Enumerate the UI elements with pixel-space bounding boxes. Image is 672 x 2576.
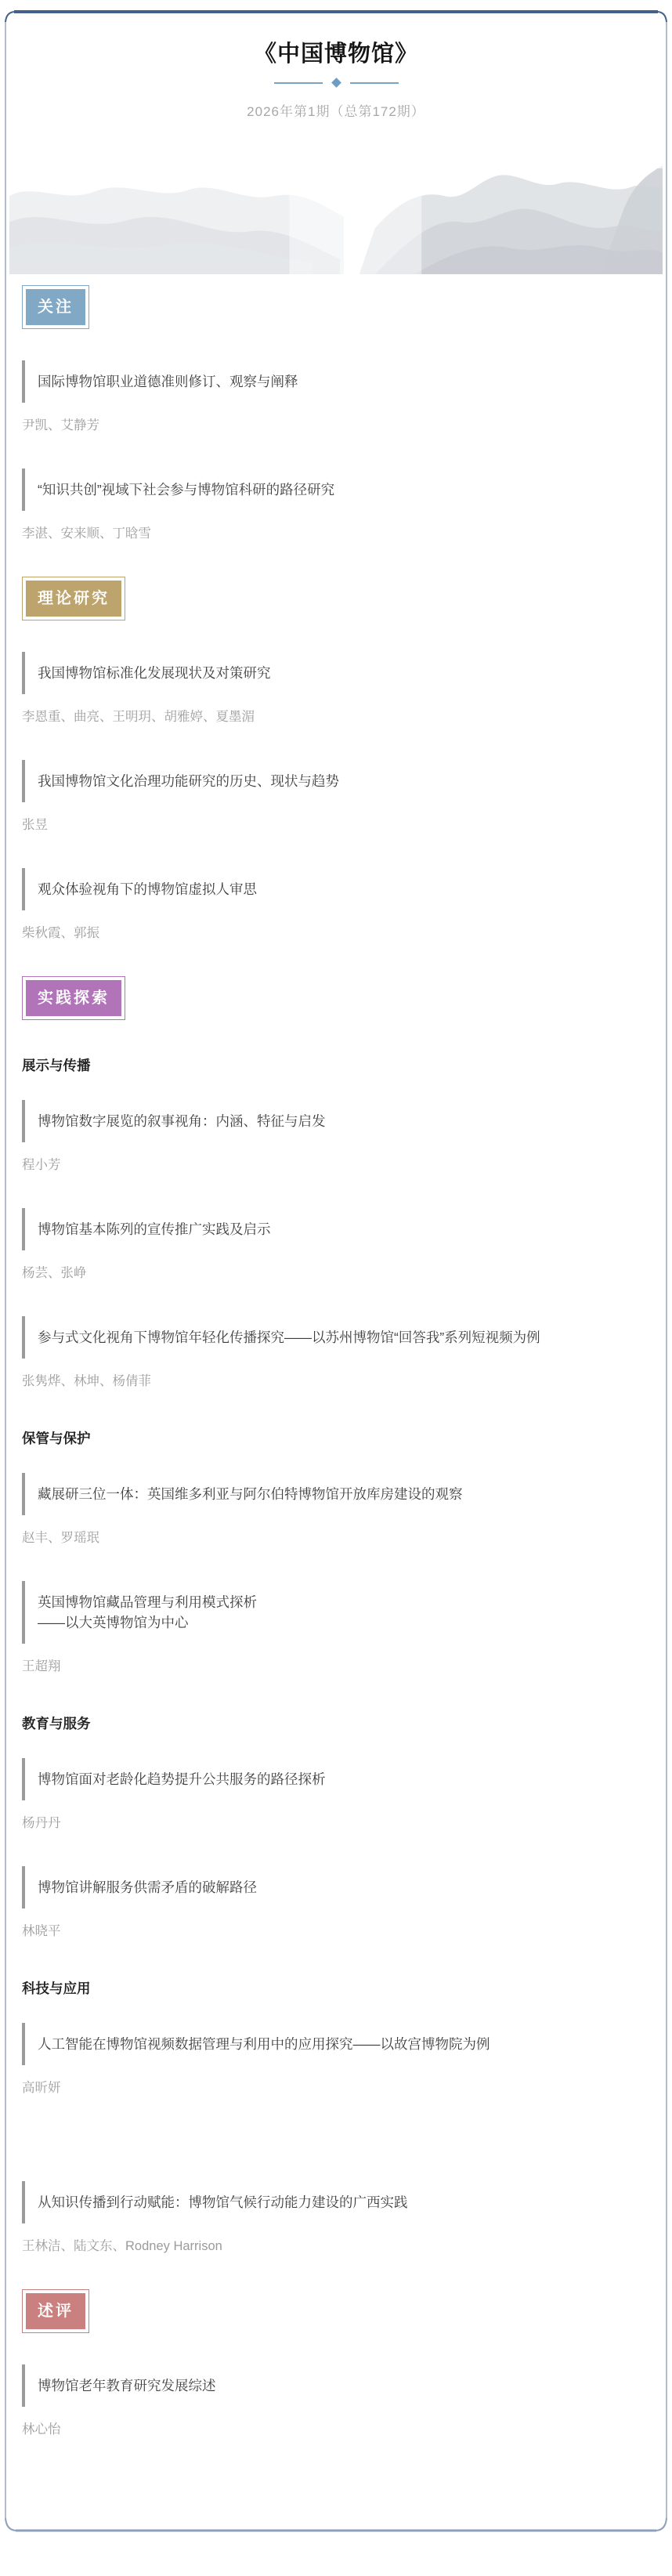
mountain-banner-image (9, 136, 663, 274)
article-title: 人工智能在博物馆视频数据管理与利用中的应用探究——以故宫博物院为例 (22, 2023, 650, 2065)
article-authors: 柴秋霞、郭振 (22, 924, 650, 942)
subsection-heading: 科技与应用 (22, 1974, 650, 1998)
title-divider (0, 79, 672, 86)
issue-line: 2026年第1期（总第172期） (0, 103, 672, 121)
section-shijiantansuo: 实践探索 展示与传播 博物馆数字展览的叙事视角：内涵、特征与启发 程小芳 博物馆… (22, 976, 650, 2255)
journal-title: 《中国博物馆》 (0, 41, 672, 67)
journal-header: 《中国博物馆》 2026年第1期（总第172期） (0, 0, 672, 121)
article-item: 博物馆讲解服务供需矛盾的破解路径 林晓平 (22, 1866, 650, 1940)
article-item: 博物馆基本陈列的宣传推广实践及启示 杨芸、张峥 (22, 1208, 650, 1282)
section-guanzhu: 关注 国际博物馆职业道德准则修订、观察与阐释 尹凯、艾静芳 “知识共创”视域下社… (22, 285, 650, 542)
article-authors: 林晓平 (22, 1923, 650, 1940)
section-lilunyanjiu: 理论研究 我国博物馆标准化发展现状及对策研究 李恩重、曲亮、王明玥、胡雅婷、夏墨… (22, 577, 650, 942)
article-authors: 林心怡 (22, 2421, 650, 2438)
article-title: 博物馆数字展览的叙事视角：内涵、特征与启发 (22, 1100, 650, 1142)
page: 《中国博物馆》 2026年第1期（总第172期） (0, 0, 672, 2576)
article-title: 藏展研三位一体：英国维多利亚与阿尔伯特博物馆开放库房建设的观察 (22, 1473, 650, 1515)
article-item: 观众体验视角下的博物馆虚拟人审思 柴秋霞、郭振 (22, 868, 650, 942)
article-title: 博物馆基本陈列的宣传推广实践及启示 (22, 1208, 650, 1250)
article-authors: 尹凯、艾静芳 (22, 417, 650, 434)
article-item: 国际博物馆职业道德准则修订、观察与阐释 尹凯、艾静芳 (22, 360, 650, 434)
article-authors: 李湛、安来顺、丁晗雪 (22, 525, 650, 542)
subsection-zhanshi: 展示与传播 博物馆数字展览的叙事视角：内涵、特征与启发 程小芳 博物馆基本陈列的… (22, 1051, 650, 1390)
article-item: 博物馆面对老龄化趋势提升公共服务的路径探析 杨丹丹 (22, 1758, 650, 1832)
article-title: 国际博物馆职业道德准则修订、观察与阐释 (22, 360, 650, 403)
article-authors: 程小芳 (22, 1156, 650, 1174)
article-authors: 杨丹丹 (22, 1814, 650, 1832)
article-title: 我国博物馆文化治理功能研究的历史、现状与趋势 (22, 760, 650, 802)
article-title: 观众体验视角下的博物馆虚拟人审思 (22, 868, 650, 910)
article-item: 人工智能在博物馆视频数据管理与利用中的应用探究——以故宫博物院为例 高昕妍 (22, 2023, 650, 2097)
article-authors: 张隽烨、林坤、杨倩菲 (22, 1373, 650, 1390)
article-item: “知识共创”视域下社会参与博物馆科研的路径研究 李湛、安来顺、丁晗雪 (22, 469, 650, 542)
article-item: 藏展研三位一体：英国维多利亚与阿尔伯特博物馆开放库房建设的观察 赵丰、罗瑶珉 (22, 1473, 650, 1547)
section-badge: 关注 (22, 285, 89, 329)
section-badge-label: 关注 (26, 289, 85, 325)
article-authors: 张昱 (22, 816, 650, 834)
article-item: 博物馆数字展览的叙事视角：内涵、特征与启发 程小芳 (22, 1100, 650, 1174)
section-badge: 理论研究 (22, 577, 125, 620)
article-item: 我国博物馆标准化发展现状及对策研究 李恩重、曲亮、王明玥、胡雅婷、夏墨湄 (22, 652, 650, 725)
article-title: “知识共创”视域下社会参与博物馆科研的路径研究 (22, 469, 650, 511)
subsection-heading: 教育与服务 (22, 1709, 650, 1733)
section-badge: 实践探索 (22, 976, 125, 1020)
article-title: 从知识传播到行动赋能：博物馆气候行动能力建设的广西实践 (22, 2181, 650, 2223)
article-authors: 杨芸、张峥 (22, 1264, 650, 1282)
subsection-keji: 科技与应用 人工智能在博物馆视频数据管理与利用中的应用探究——以故宫博物院为例 … (22, 1974, 650, 2255)
subsection-heading: 保管与保护 (22, 1424, 650, 1448)
article-title: 我国博物馆标准化发展现状及对策研究 (22, 652, 650, 694)
subsection-heading: 展示与传播 (22, 1051, 650, 1075)
subsection-baoguan: 保管与保护 藏展研三位一体：英国维多利亚与阿尔伯特博物馆开放库房建设的观察 赵丰… (22, 1424, 650, 1675)
section-badge-label: 实践探索 (26, 980, 121, 1016)
article-item: 博物馆老年教育研究发展综述 林心怡 (22, 2364, 650, 2438)
article-authors: 赵丰、罗瑶珉 (22, 1529, 650, 1547)
divider-line (274, 82, 323, 84)
diamond-icon (331, 78, 341, 88)
article-item: 我国博物馆文化治理功能研究的历史、现状与趋势 张昱 (22, 760, 650, 834)
article-title: 博物馆老年教育研究发展综述 (22, 2364, 650, 2407)
article-authors: 李恩重、曲亮、王明玥、胡雅婷、夏墨湄 (22, 708, 650, 725)
section-badge-label: 述评 (26, 2293, 85, 2329)
table-of-contents: 关注 国际博物馆职业道德准则修订、观察与阐释 尹凯、艾静芳 “知识共创”视域下社… (0, 285, 672, 2438)
divider-line (350, 82, 399, 84)
section-shuping: 述评 博物馆老年教育研究发展综述 林心怡 (22, 2289, 650, 2438)
article-title: 博物馆面对老龄化趋势提升公共服务的路径探析 (22, 1758, 650, 1800)
article-title: 博物馆讲解服务供需矛盾的破解路径 (22, 1866, 650, 1908)
subsection-jiaoyu: 教育与服务 博物馆面对老龄化趋势提升公共服务的路径探析 杨丹丹 博物馆讲解服务供… (22, 1709, 650, 1940)
article-item: 英国博物馆藏品管理与利用模式探析 ——以大英博物馆为中心 王超翔 (22, 1581, 650, 1675)
article-title: 参与式文化视角下博物馆年轻化传播探究——以苏州博物馆“回答我”系列短视频为例 (22, 1316, 650, 1359)
article-title: 英国博物馆藏品管理与利用模式探析 ——以大英博物馆为中心 (22, 1581, 650, 1644)
article-item: 参与式文化视角下博物馆年轻化传播探究——以苏州博物馆“回答我”系列短视频为例 张… (22, 1316, 650, 1390)
section-badge-label: 理论研究 (26, 581, 121, 617)
article-authors: 王林洁、陆文东、Rodney Harrison (22, 2238, 650, 2255)
article-item: 从知识传播到行动赋能：博物馆气候行动能力建设的广西实践 王林洁、陆文东、Rodn… (22, 2181, 650, 2255)
section-badge: 述评 (22, 2289, 89, 2333)
article-authors: 高昕妍 (22, 2079, 650, 2097)
article-authors: 王超翔 (22, 1658, 650, 1675)
